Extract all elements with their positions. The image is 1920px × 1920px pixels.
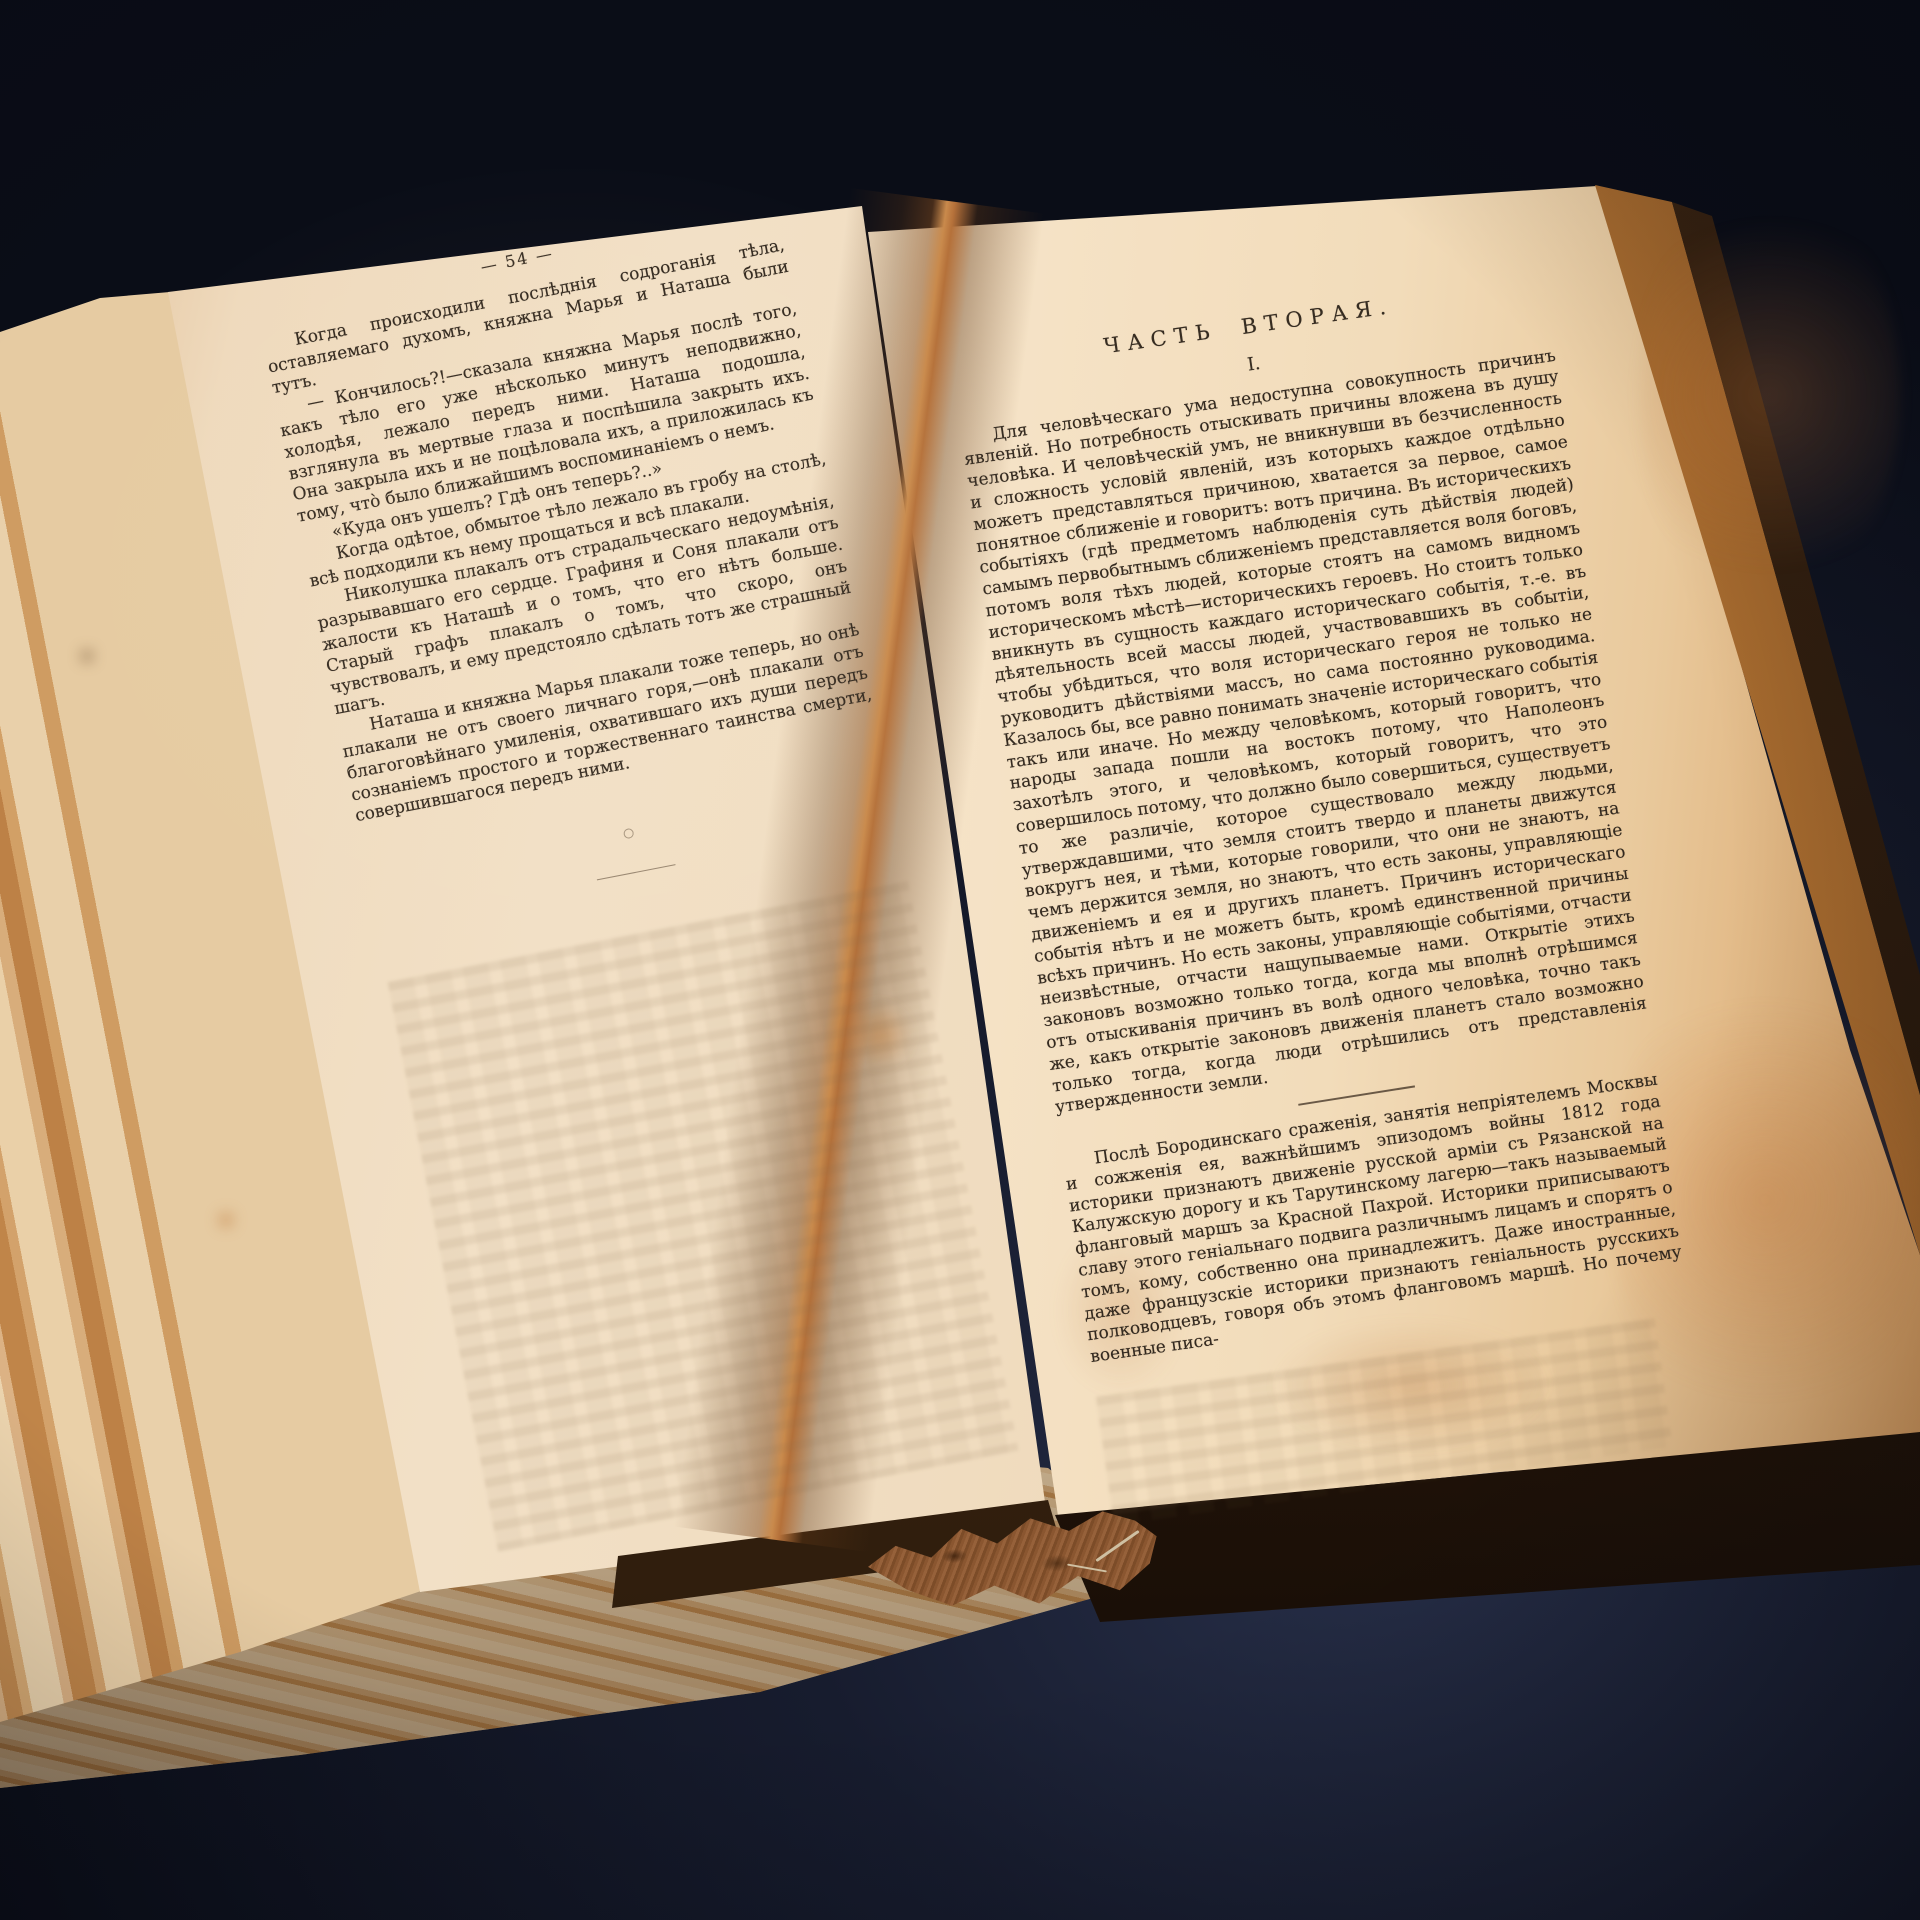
end-ornament-dot (623, 828, 635, 840)
stain (1640, 180, 1900, 610)
section-divider (597, 864, 676, 880)
stain (80, 648, 94, 664)
right-page-text-bottom: Послѣ Бородинскаго сраженія, занятія неп… (1062, 1070, 1686, 1369)
paragraph: Для человѣческаго ума недоступна совокуп… (960, 345, 1651, 1119)
paragraph: Послѣ Бородинскаго сраженія, занятія неп… (1062, 1070, 1686, 1369)
stain (216, 1210, 236, 1230)
photo-background: — 54 — Когда происходили послѣднія содро… (0, 0, 1920, 1920)
bleedthrough-text (388, 881, 1019, 1551)
right-page-text-top: Для человѣческаго ума недоступна совокуп… (960, 345, 1651, 1119)
paragraph-divider (1298, 1085, 1415, 1105)
left-page-text: Когда происходили послѣднія содроганія т… (262, 235, 878, 828)
